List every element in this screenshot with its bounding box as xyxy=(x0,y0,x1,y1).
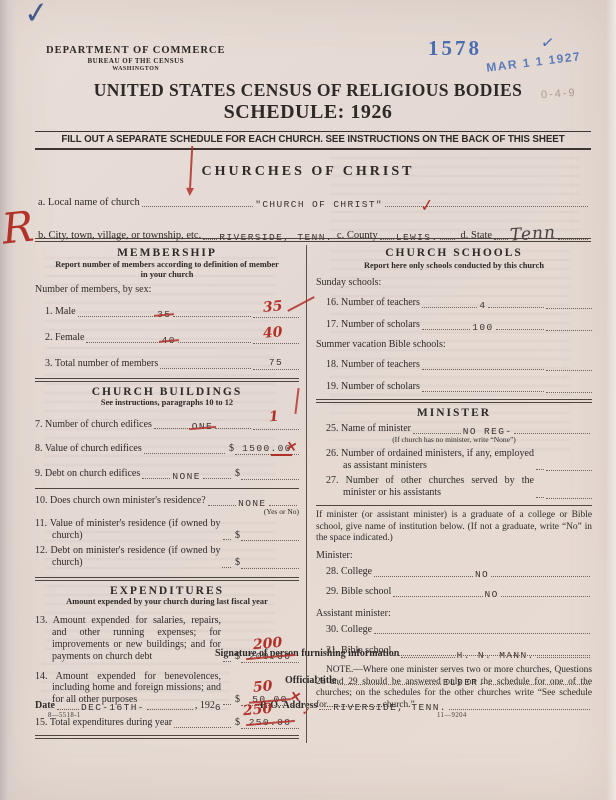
membership-heading: MEMBERSHIP xyxy=(35,247,299,259)
leader-dots xyxy=(393,596,482,597)
q28-row: 28. College NO xyxy=(316,566,592,578)
leader-dots xyxy=(223,704,231,705)
leader-dots xyxy=(385,206,588,207)
q19-row: 19. Number of scholars xyxy=(316,379,592,393)
received-date-stamp: MAR 1 1 1927 xyxy=(486,49,582,75)
expenditures-heading: EXPENDITURES xyxy=(35,585,299,597)
q9-typed-value: NONE xyxy=(172,471,200,482)
leader-dots xyxy=(536,469,544,470)
q12-amount-cell xyxy=(241,556,299,569)
q31-label: 31. Bible school xyxy=(326,645,391,657)
leader-dots xyxy=(422,329,470,330)
denomination-title: CHURCHES OF CHRIST xyxy=(0,164,616,180)
leader-dots xyxy=(142,478,170,479)
leader-dots xyxy=(536,497,544,498)
q18-answer-cell xyxy=(546,357,592,371)
schools-heading: CHURCH SCHOOLS xyxy=(316,247,592,259)
expenditures-subtitle: Amount expended by your church during la… xyxy=(35,597,299,607)
red-x-mark: ✕ xyxy=(285,438,299,455)
leader-dots xyxy=(413,433,461,434)
dollar-sign: $ xyxy=(235,694,240,706)
q9-row: 9. Debt on church edifices NONE $ xyxy=(35,467,299,480)
q13-label: 13. Amount expended for salaries, repair… xyxy=(35,615,221,662)
q11-label: 11. Value of minister's residence (if ow… xyxy=(35,518,221,542)
q2-female-row: 2. Female 40 40 xyxy=(35,330,299,344)
leader-dots xyxy=(374,576,473,577)
dollar-sign: $ xyxy=(235,468,240,480)
q25-typed-value: NO REG- xyxy=(463,426,513,437)
stamp-checkmark-icon: ✓ xyxy=(540,32,556,54)
q7-answer-cell: 1 xyxy=(253,416,299,430)
q3-label: 3. Total number of members xyxy=(45,358,158,370)
double-rule xyxy=(316,399,592,403)
q25-label: 25. Name of minister xyxy=(326,423,411,435)
field-local-name-row: a. Local name of church "CHURCH OF CHRIS… xyxy=(38,197,590,208)
minister-note: NOTE.—Where one minister serves two or m… xyxy=(316,665,592,711)
leader-dots xyxy=(173,316,251,317)
q7-red-value: 1 xyxy=(268,410,279,425)
section-divider-rule xyxy=(35,238,591,242)
q29-typed-value: NO xyxy=(485,589,499,600)
serial-number-stamp: 1578 xyxy=(428,36,482,61)
leader-dots xyxy=(86,342,159,343)
form-body-columns: MEMBERSHIP Report number of members acco… xyxy=(35,245,592,743)
leader-dots xyxy=(374,633,590,634)
bureau-name: BUREAU OF THE CENSUS xyxy=(46,57,226,66)
q7-label: 7. Number of church edifices xyxy=(35,419,152,431)
leader-dots xyxy=(501,596,590,597)
leader-dots xyxy=(215,428,251,429)
q13-row: 13. Amount expended for salaries, repair… xyxy=(35,615,299,662)
agency-block: DEPARTMENT OF COMMERCE BUREAU OF THE CEN… xyxy=(46,44,226,73)
q19-answer-cell xyxy=(546,379,592,393)
q27-answer-cell xyxy=(546,485,592,499)
q26-row: 26. Number of ordained ministers, if any… xyxy=(316,448,592,472)
leader-dots xyxy=(144,453,225,454)
leader-dots xyxy=(514,433,590,434)
leader-dots xyxy=(160,368,251,369)
q17-label: 17. Number of scholars xyxy=(326,319,420,331)
q1-red-value: 35 xyxy=(262,299,283,315)
q14-red-value: 50 xyxy=(252,679,273,695)
q8-row: 8. Value of church edifices $ 1500.00✕ xyxy=(35,442,299,455)
leader-dots xyxy=(491,576,590,577)
q28-label: 28. College xyxy=(326,566,372,578)
q28-typed-value: NO xyxy=(475,569,489,580)
q2-typed-value: 40 xyxy=(162,335,176,346)
dollar-sign: $ xyxy=(235,530,240,542)
leader-dots xyxy=(496,329,544,330)
q25-row: 25. Name of minister NO REG- xyxy=(316,423,592,435)
dollar-sign: $ xyxy=(229,443,234,455)
leader-dots xyxy=(422,391,544,392)
leader-dots xyxy=(142,206,253,207)
sunday-schools-label-row: Sunday schools: xyxy=(316,277,592,289)
q11-row: 11. Value of minister's residence (if ow… xyxy=(35,518,299,542)
q10-typed-value: NONE xyxy=(238,498,266,509)
q12-label: 12. Debt on minister's residence (if own… xyxy=(35,545,220,569)
single-rule xyxy=(316,505,592,506)
q15-label: 15. Total expenditures during year xyxy=(35,717,172,729)
q8-label: 8. Value of church edifices xyxy=(35,443,142,455)
q3-answer-cell: 75 xyxy=(253,356,299,370)
q18-label: 18. Number of teachers xyxy=(326,359,420,371)
red-check-mark: ✓ xyxy=(302,706,311,719)
dollar-sign: $ xyxy=(235,557,240,569)
leader-dots xyxy=(269,505,297,506)
q27-label: 27. Number of other churches served by t… xyxy=(326,475,534,499)
q2-answer-cell: 40 xyxy=(253,330,299,344)
dollar-sign: $ xyxy=(235,651,240,663)
q2-red-value: 40 xyxy=(262,325,283,341)
membership-intro: Number of members, by sex: xyxy=(35,284,299,296)
graduate-instruction: If minister (or assistant minister) is a… xyxy=(316,510,592,544)
q7-typed-value: ONE xyxy=(192,421,213,432)
q8-amount: 1500 xyxy=(242,443,270,454)
minister-sublabel-row: Minister: xyxy=(316,550,592,562)
leader-dots xyxy=(178,342,251,343)
schools-subtitle: Report here only schools conducted by th… xyxy=(316,261,592,271)
local-name-label: a. Local name of church xyxy=(38,197,140,208)
membership-subtitle: Report number of members according to de… xyxy=(52,260,282,280)
buildings-heading: CHURCH BUILDINGS xyxy=(35,386,299,398)
q29-label: 29. Bible school xyxy=(326,586,391,598)
q1-typed-value: 35 xyxy=(157,309,171,320)
assistant-sublabel-row: Assistant minister: xyxy=(316,608,592,620)
q3-typed-value: 75 xyxy=(269,357,283,368)
left-column: MEMBERSHIP Report number of members acco… xyxy=(35,245,307,743)
q3-total-row: 3. Total number of members 75 xyxy=(35,356,299,370)
q14-label: 14. Amount expended for benevolences, in… xyxy=(35,671,221,706)
q15-red-value: 250 xyxy=(242,702,272,718)
double-rule xyxy=(35,577,299,581)
q9-label: 9. Debt on church edifices xyxy=(35,468,140,480)
q31-row: 31. Bible school xyxy=(316,645,592,657)
leader-dots xyxy=(174,727,231,728)
q29-row: 29. Bible school NO xyxy=(316,586,592,598)
q1-male-row: 1. Male 35 35 xyxy=(35,304,299,318)
leader-dots xyxy=(422,369,544,370)
q30-label: 30. College xyxy=(326,624,372,636)
leader-dots xyxy=(223,661,231,662)
q13-typed-value: 200.00 xyxy=(249,651,292,662)
red-checkmark-county: ✓ xyxy=(419,195,436,217)
q16-answer-cell xyxy=(546,295,592,309)
q26-answer-cell xyxy=(546,457,592,471)
q7-row: 7. Number of church edifices ONE 1 xyxy=(35,416,299,430)
scanned-census-form: ✓ DEPARTMENT OF COMMERCE BUREAU OF THE C… xyxy=(0,0,616,800)
q10-label: 10. Does church own minister's residence… xyxy=(35,495,206,507)
red-letter-r-mark: R xyxy=(0,201,36,253)
leader-dots xyxy=(154,428,190,429)
q8-amount-cell: 1500.00✕ xyxy=(235,442,299,455)
q16-typed-value: 4 xyxy=(479,300,486,311)
instruction-banner: FILL OUT A SEPARATE SCHEDULE FOR EACH CH… xyxy=(35,131,591,150)
q1-answer-cell: 35 xyxy=(253,304,299,318)
double-rule xyxy=(35,735,299,739)
q10-row: 10. Does church own minister's residence… xyxy=(35,495,299,507)
double-rule xyxy=(35,378,299,382)
q12-row: 12. Debt on minister's residence (if own… xyxy=(35,545,299,569)
single-rule xyxy=(35,488,299,489)
local-name-value: "CHURCH OF CHRIST" xyxy=(255,199,383,210)
leader-dots xyxy=(422,307,478,308)
form-schedule-title: SCHEDULE: 1926 xyxy=(0,101,616,124)
buildings-subtitle: See instructions, paragraphs 10 to 12 xyxy=(35,398,299,408)
q19-label: 19. Number of scholars xyxy=(326,381,420,393)
q27-row: 27. Number of other churches served by t… xyxy=(316,475,592,499)
leader-dots xyxy=(208,505,236,506)
department-name: DEPARTMENT OF COMMERCE xyxy=(46,44,226,57)
summer-schools-label-row: Summer vacation Bible schools: xyxy=(316,339,592,351)
q17-typed-value: 100 xyxy=(472,322,493,333)
q13-amount-cell: 200200.00 xyxy=(241,650,299,663)
q15-row: 15. Total expenditures during year $ 250… xyxy=(35,716,299,729)
leader-dots xyxy=(222,567,231,568)
leader-dots xyxy=(203,478,231,479)
q15-typed-value: 250.00 xyxy=(249,717,292,728)
red-x-mark: ✕ xyxy=(289,688,303,705)
q16-row: 16. Number of teachers 4 xyxy=(316,295,592,309)
q26-label: 26. Number of ordained ministers, if any… xyxy=(326,448,534,472)
q15-amount-cell: 250✓250.00 xyxy=(241,716,299,729)
dollar-sign: $ xyxy=(235,717,240,729)
ink-checkmark-icon: ✓ xyxy=(22,0,51,32)
right-column: CHURCH SCHOOLS Report here only schools … xyxy=(307,245,592,743)
bureau-city: WASHINGTON xyxy=(46,66,226,74)
leader-dots xyxy=(488,307,544,308)
leader-dots xyxy=(223,539,231,540)
leader-dots xyxy=(393,655,590,656)
q16-label: 16. Number of teachers xyxy=(326,297,420,309)
q17-row: 17. Number of scholars 100 xyxy=(316,317,592,331)
q25-hint: (If church has no minister, write “None”… xyxy=(316,435,592,444)
leader-dots xyxy=(78,316,156,317)
q13-red-value: 200 xyxy=(252,636,282,652)
q17-answer-cell xyxy=(546,317,592,331)
q9-amount-cell xyxy=(241,467,299,480)
q1-label: 1. Male xyxy=(45,306,76,318)
form-title: UNITED STATES CENSUS OF RELIGIOUS BODIES xyxy=(0,80,616,101)
q11-amount-cell xyxy=(241,529,299,542)
q18-row: 18. Number of teachers xyxy=(316,357,592,371)
minister-heading: MINISTER xyxy=(316,407,592,419)
q30-row: 30. College xyxy=(316,624,592,636)
q2-label: 2. Female xyxy=(45,332,84,344)
